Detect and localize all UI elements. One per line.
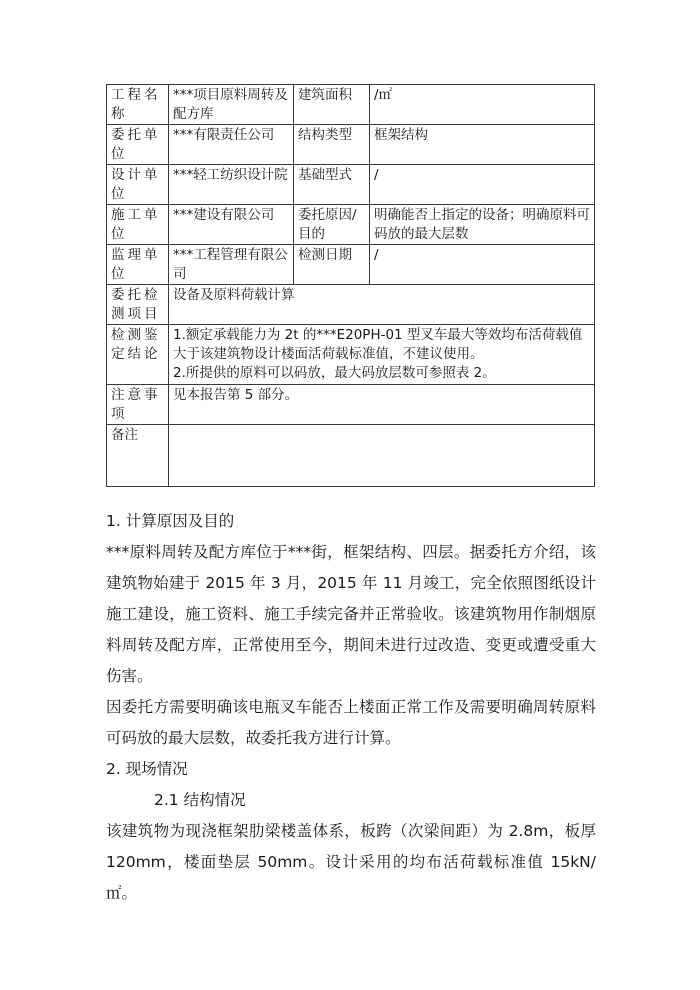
label-construction-unit: 施工单位 xyxy=(107,205,169,245)
label-conclusion: 检测鉴定结论 xyxy=(107,325,169,385)
value-inspection-items: 设备及原料荷载计算 xyxy=(169,285,595,325)
label-inspection-items: 委托检测项目 xyxy=(107,285,169,325)
value-notes: 见本报告第 5 部分。 xyxy=(169,385,595,425)
label-remarks: 备注 xyxy=(107,425,169,487)
section-2-1-paragraph-1: 该建筑物为现浇框架肋梁楼盖体系，板跨（次梁间距）为 2.8m，板厚 120mm，… xyxy=(106,816,596,909)
value-foundation-type: / xyxy=(370,165,595,205)
value-purpose: 明确能否上指定的设备；明确原料可码放的最大层数 xyxy=(370,205,595,245)
value-building-area: /㎡ xyxy=(370,85,595,125)
value-supervision-unit: ***工程管理有限公司 xyxy=(169,245,294,285)
notes-line: 见本报告第 5 部分。 xyxy=(173,386,590,405)
label-supervision-unit: 监理单位 xyxy=(107,245,169,285)
table-row: 施工单位 ***建设有限公司 委托原因/目的 明确能否上指定的设备；明确原料可码… xyxy=(107,205,595,245)
value-structure-type: 框架结构 xyxy=(370,125,595,165)
table-row: 委托检测项目 设备及原料荷载计算 xyxy=(107,285,595,325)
section-1-heading: 1. 计算原因及目的 xyxy=(106,506,596,537)
table-row: 检测鉴定结论 1.额定承载能力为 2t 的***E20PH-01 型叉车最大等效… xyxy=(107,325,595,385)
label-project-name: 工程名称 xyxy=(107,85,169,125)
label-client: 委托单位 xyxy=(107,125,169,165)
label-foundation-type: 基础型式 xyxy=(294,165,370,205)
table-row: 工程名称 ***项目原料周转及配方库 建筑面积 /㎡ xyxy=(107,85,595,125)
value-inspection-date: / xyxy=(370,245,595,285)
label-purpose: 委托原因/目的 xyxy=(294,205,370,245)
value-construction-unit: ***建设有限公司 xyxy=(169,205,294,245)
label-building-area: 建筑面积 xyxy=(294,85,370,125)
label-design-unit: 设计单位 xyxy=(107,165,169,205)
section-1-paragraph-2: 因委托方需要明确该电瓶叉车能否上楼面正常工作及需要明确周转原料可码放的最大层数，… xyxy=(106,692,596,754)
label-structure-type: 结构类型 xyxy=(294,125,370,165)
conclusion-line-2: 2.所提供的原料可以码放，最大码放层数可参照表 2。 xyxy=(173,364,590,383)
section-2-1-heading: 2.1 结构情况 xyxy=(106,785,596,816)
report-body: 1. 计算原因及目的 ***原料周转及配方库位于***街，框架结构、四层。据委托… xyxy=(106,506,596,909)
label-inspection-date: 检测日期 xyxy=(294,245,370,285)
table-row: 设计单位 ***轻工纺织设计院 基础型式 / xyxy=(107,165,595,205)
value-project-name: ***项目原料周转及配方库 xyxy=(169,85,294,125)
section-1-paragraph-1: ***原料周转及配方库位于***街，框架结构、四层。据委托方介绍，该建筑物始建于… xyxy=(106,537,596,692)
table-row: 注意事项 见本报告第 5 部分。 xyxy=(107,385,595,425)
value-conclusion: 1.额定承载能力为 2t 的***E20PH-01 型叉车最大等效均布活荷载值大… xyxy=(169,325,595,385)
inspection-items-line: 设备及原料荷载计算 xyxy=(173,286,590,305)
table-row: 备注 xyxy=(107,425,595,487)
conclusion-line-1: 1.额定承载能力为 2t 的***E20PH-01 型叉车最大等效均布活荷载值大… xyxy=(173,326,590,364)
table-row: 监理单位 ***工程管理有限公司 检测日期 / xyxy=(107,245,595,285)
section-2-heading: 2. 现场情况 xyxy=(106,754,596,785)
table-row: 委托单位 ***有限责任公司 结构类型 框架结构 xyxy=(107,125,595,165)
label-notes: 注意事项 xyxy=(107,385,169,425)
value-remarks xyxy=(169,425,595,487)
value-design-unit: ***轻工纺织设计院 xyxy=(169,165,294,205)
project-info-table: 工程名称 ***项目原料周转及配方库 建筑面积 /㎡ 委托单位 ***有限责任公… xyxy=(106,84,595,487)
value-client: ***有限责任公司 xyxy=(169,125,294,165)
